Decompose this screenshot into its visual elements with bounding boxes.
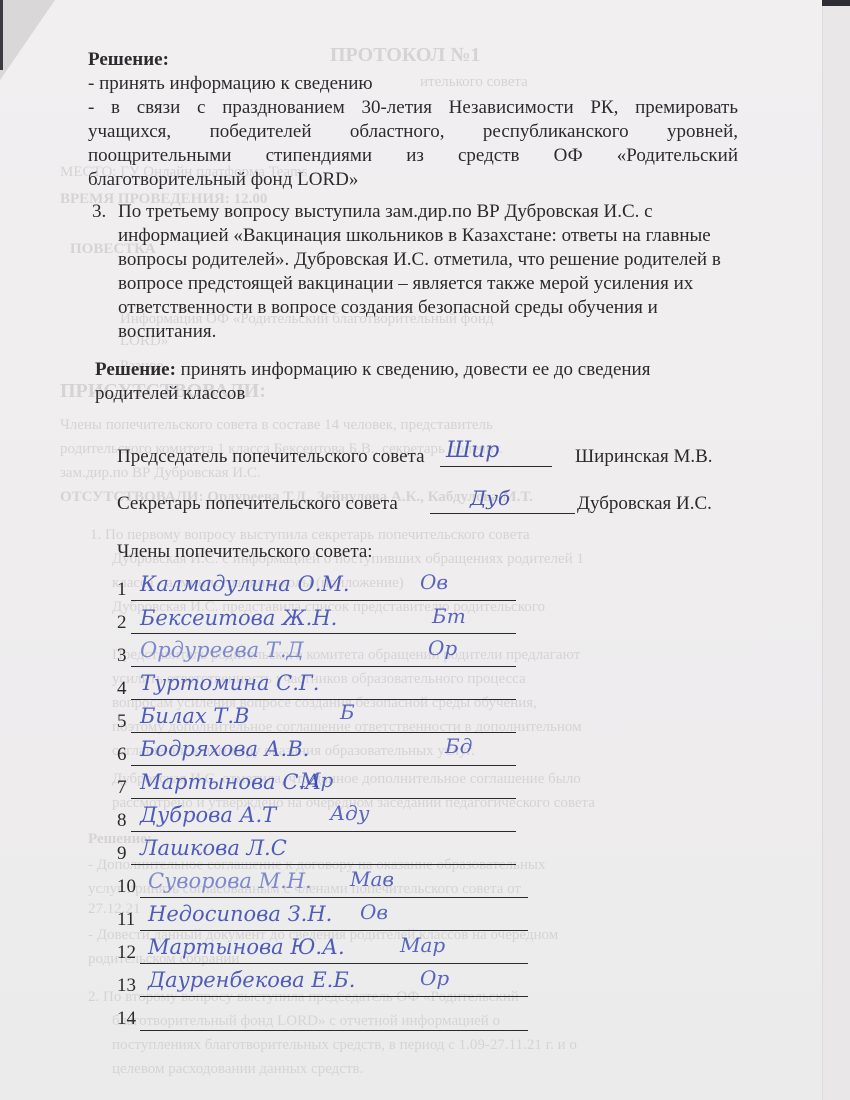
member-handwritten-name: Бексеитова Ж.Н. [140, 606, 337, 630]
member-line [140, 930, 528, 931]
member-number: 4 [117, 679, 127, 699]
chair-signature: Шир [446, 438, 499, 463]
member-line [131, 831, 516, 832]
member-number: 13 [117, 976, 136, 996]
member-number: 10 [117, 877, 136, 897]
member-line [131, 798, 516, 799]
member-handwritten-name: Дуброва А.Т [140, 803, 276, 827]
decision-item-accept: - принять информацию к сведению [88, 72, 373, 96]
member-handwritten-name: Недосипова З.Н. [148, 902, 332, 926]
item3-line: информацией «Вакцинация школьников в Каз… [118, 224, 738, 248]
decision-2-text: принять информацию к сведению, довести е… [176, 359, 651, 380]
member-handwritten-name: Дауренбекова Е.Б. [148, 968, 355, 992]
decision-item-award-line1: - в связи с празднованием 30-летия Незав… [88, 96, 738, 120]
decision-item-award-line3: поощрительными стипендиями из средств ОФ… [88, 144, 738, 168]
member-signature: Ов [420, 570, 448, 594]
member-handwritten-name: Туртомина С.Г. [140, 671, 319, 695]
chair-label: Председатель попечительского совета [117, 445, 425, 469]
decision-item-award-line4: благотворительный фонд LORD» [88, 168, 358, 192]
member-line [131, 699, 516, 700]
member-handwritten-name: Лашкова Л.С [140, 836, 287, 860]
scanner-edge [822, 0, 850, 6]
member-line [131, 633, 516, 634]
member-line [131, 600, 516, 601]
secretary-signature: Дуб [470, 486, 510, 510]
member-number: 1 [117, 580, 127, 600]
member-number: 8 [117, 811, 127, 831]
decision-heading: Решение: [88, 48, 169, 72]
member-signature: Мр [300, 768, 333, 792]
member-line [131, 666, 516, 667]
member-line [140, 996, 528, 997]
member-signature: Бд [445, 734, 472, 758]
members-label: Члены попечительского совета: [117, 540, 373, 564]
member-handwritten-name: Билах Т.В [140, 704, 249, 728]
item-number: 3. [92, 200, 106, 224]
member-signature: Ор [420, 966, 449, 990]
member-signature: Б [340, 700, 355, 724]
decision-2-heading: Решение: [95, 359, 176, 380]
member-handwritten-name: Мартынова С.А [140, 770, 321, 794]
member-number: 12 [117, 943, 136, 963]
member-number: 3 [117, 646, 127, 666]
item3-line: вопросы родителей». Дубровская И.С. отме… [118, 248, 738, 272]
member-handwritten-name: Ордуреева Т.Д [140, 638, 304, 662]
member-line [140, 963, 528, 964]
item3-line: вопросе предстоящей вакцинации – являетс… [118, 272, 738, 296]
chair-name: Ширинская М.В. [575, 445, 713, 469]
member-handwritten-name: Мартынова Ю.А. [148, 935, 345, 959]
page-corner-edge [0, 0, 3, 70]
secretary-signature-line [430, 513, 575, 514]
member-line [131, 732, 516, 733]
page-edge-strip [822, 0, 850, 1100]
member-line [131, 864, 516, 865]
member-line [140, 1030, 528, 1031]
member-signature: Аду [330, 801, 369, 825]
secretary-name: Дубровская И.С. [577, 492, 712, 516]
member-number: 7 [117, 778, 127, 798]
member-signature: Мав [350, 867, 394, 891]
decision-2-line2: родителей классов [95, 382, 245, 406]
member-handwritten-name: Калмадулина О.М. [140, 572, 350, 596]
chair-signature-line [440, 466, 552, 467]
member-signature: Мар [400, 933, 445, 957]
member-signature: Бт [432, 604, 466, 628]
member-number: 5 [117, 712, 127, 732]
member-number: 2 [117, 613, 127, 633]
member-signature: Ор [428, 636, 457, 660]
decision-2: Решение: принять информацию к сведению, … [95, 358, 650, 382]
secretary-label: Секретарь попечительского совета [117, 492, 398, 516]
item3-line: По третьему вопросу выступила зам.дир.по… [118, 200, 738, 224]
item3-line: ответственности в вопросе создания безоп… [118, 296, 738, 320]
page-corner-shadow [0, 0, 55, 80]
member-number: 11 [117, 910, 135, 930]
member-number: 6 [117, 745, 127, 765]
member-line [131, 765, 516, 766]
member-handwritten-name: Суворова М.Н. [148, 869, 312, 893]
member-number: 9 [117, 844, 127, 864]
member-line [140, 897, 528, 898]
member-handwritten-name: Бодряхова А.В. [140, 737, 309, 761]
item3-line: воспитания. [118, 320, 738, 344]
member-signature: Ов [360, 900, 388, 924]
decision-item-award-line2: учащихся, победителей областного, респуб… [88, 120, 738, 144]
member-number: 14 [117, 1009, 136, 1029]
agenda-item-3: 3. По третьему вопросу выступила зам.дир… [118, 200, 738, 344]
